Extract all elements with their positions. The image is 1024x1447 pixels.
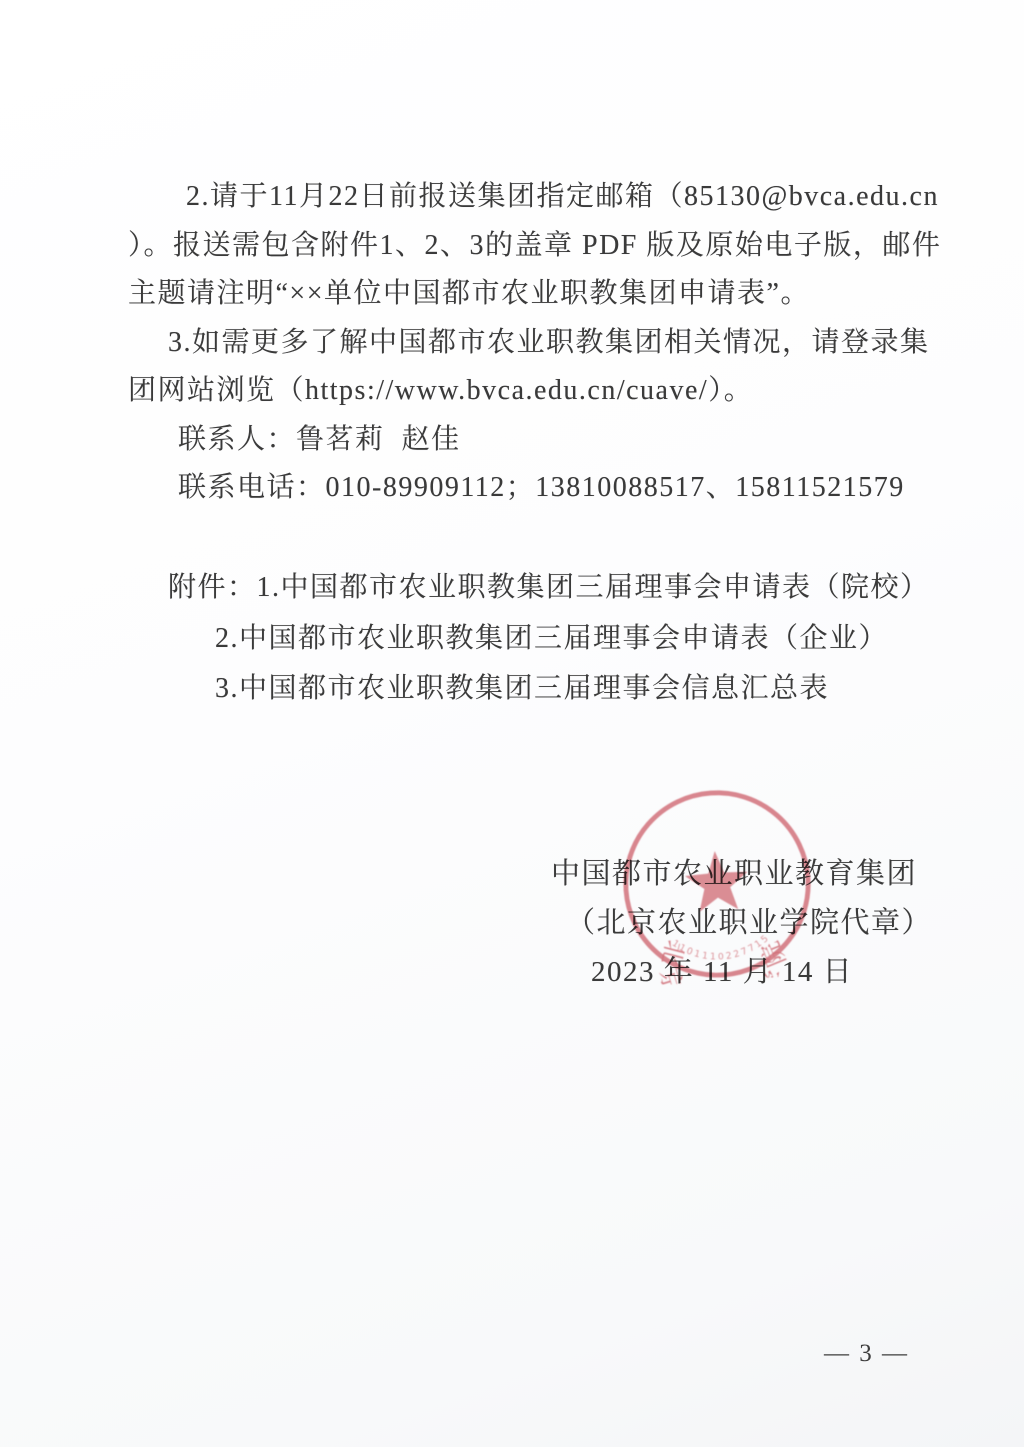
attachments-block: 附件：1.中国都市农业职教集团三届理事会申请表（院校） 2.中国都市农业职教集团… [128,563,930,715]
seal-svg: 北京农业职业学院 1101110227715 [613,780,820,987]
paragraph-2-line-2: ）。报送需包含附件1、2、3的盖章 PDF 版及原始电子版，邮件 [128,222,941,271]
paragraph-2-line-1: 2.请于11月22日前报送集团指定邮箱（85130@bvca.edu.cn [128,173,941,222]
attachment-item-1: 附件：1.中国都市农业职教集团三届理事会申请表（院校） [128,563,930,614]
paragraph-2-line-3: 主题请注明“××单位中国都市农业职教集团申请表”。 [128,270,941,319]
seal-code-number: 1101110227715 [669,931,773,966]
paragraph-3-line-1: 3.如需更多了解中国都市农业职教集团相关情况，请登录集 [128,319,941,368]
scanned-document-page: 2.请于11月22日前报送集团指定邮箱（85130@bvca.edu.cn ）。… [0,0,1024,1447]
paragraph-3-line-2: 团网站浏览（https://www.bvca.edu.cn/cuave/）。 [128,367,941,416]
attachment-item-3: 3.中国都市农业职教集团三届理事会信息汇总表 [128,664,930,715]
page-number: — 3 — [824,1340,909,1368]
contact-person-line: 联系人：鲁茗莉 赵佳 [128,416,941,465]
contact-phone-line: 联系电话：010-89909112；13810088517、1581152157… [128,464,941,513]
official-seal-stamp: 北京农业职业学院 1101110227715 [613,780,820,987]
seal-star-icon [683,849,750,913]
body-text-block: 2.请于11月22日前报送集团指定邮箱（85130@bvca.edu.cn ）。… [128,173,941,513]
attachment-item-2: 2.中国都市农业职教集团三届理事会申请表（企业） [128,614,930,665]
